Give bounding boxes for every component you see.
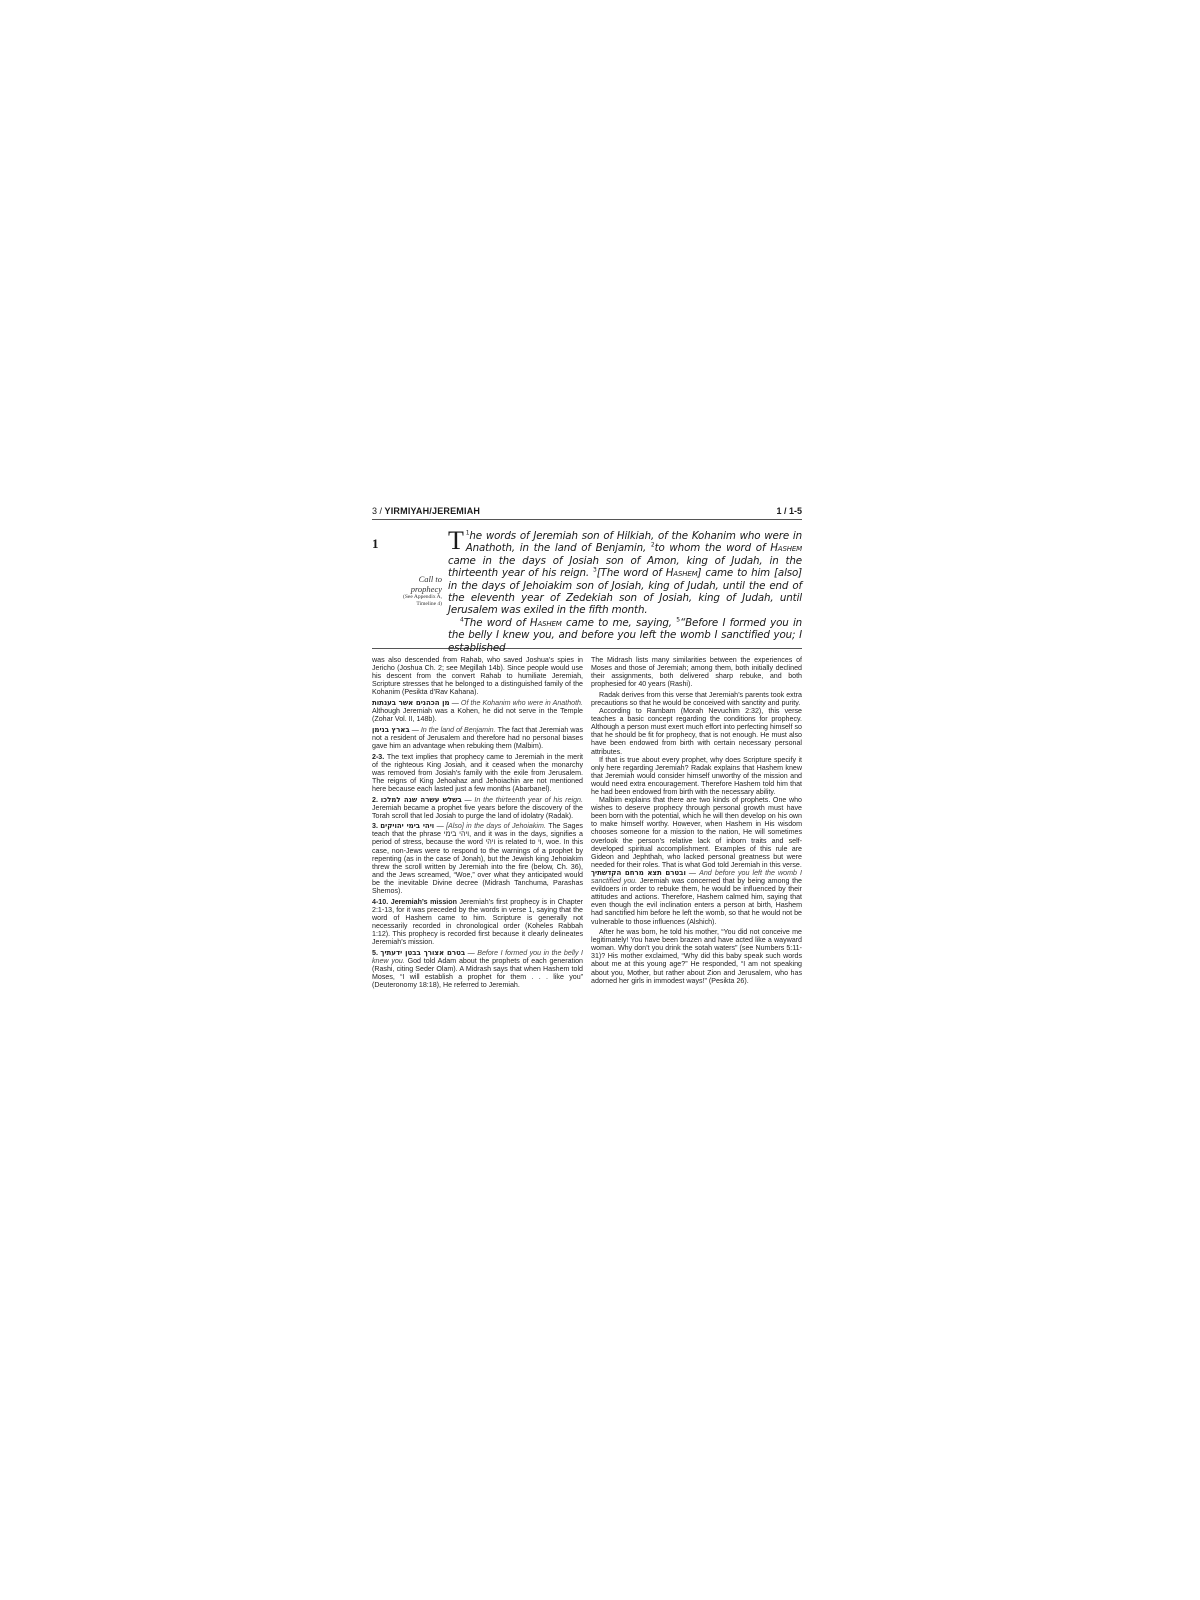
lemma-gloss: In the land of Benjamin. [421,726,498,734]
verse-3a: [The word of [597,567,662,579]
comment-number: 2. [372,796,381,804]
chapter-number: 1 [372,536,379,552]
divine-name: Hashem [770,542,802,554]
comment-text: Malbim explains that there are two kinds… [591,796,802,869]
lemma-gloss: In the thirteenth year of his reign. [474,796,583,804]
lemma-gloss: Of the Kohanim who were in Anathoth. [461,699,583,707]
commentary-paragraph: According to Rambam (Morah Nevuchim 2:32… [591,707,802,756]
comment-number: 2-3. [372,753,387,761]
side-note-title-2: prophecy [411,584,442,594]
verse-4b: came to me, saying, [566,617,672,629]
commentary-paragraph: Malbim explains that there are two kinds… [591,796,802,869]
divine-name: Hashem [666,567,698,579]
page-number: 3 / [372,506,385,516]
commentary-paragraph: 3. ויהי בימי יהויקים — [Also] in the day… [372,822,583,895]
verse-2a: to whom the word of [655,542,766,554]
commentary-paragraph: מן הכהנים אשר בענתות — Of the Kohanim wh… [372,699,583,723]
hebrew-lemma: בארץ בנימן [372,726,410,734]
commentary-paragraph: After he was born, he told his mother, “… [591,928,802,985]
comment-text: After he was born, he told his mother, “… [591,928,802,985]
side-note-title: Call to [419,574,442,584]
comment-text: If that is true about every prophet, why… [591,756,802,796]
commentary-paragraph: If that is true about every prophet, why… [591,756,802,796]
hebrew-lemma: מן הכהנים אשר בענתות [372,699,450,707]
comment-text: Jeremiah’s first prophecy is in Chapter … [372,898,583,946]
scripture-block: 1 Call to prophecy (See Appendix A,Timel… [372,530,802,642]
hebrew-lemma: בשלש עשרה שנה למלכו [381,796,462,804]
commentary-paragraph: was also descended from Rahab, who saved… [372,656,583,696]
comment-text: Radak derives from this verse that Jerem… [591,691,802,707]
commentary-column-left: was also descended from Rahab, who saved… [372,656,583,992]
divine-name: Hashem [530,617,562,629]
page-book-title: 3 / YIRMIYAH/JEREMIAH [372,506,480,516]
comment-text: The text implies that prophecy came to J… [372,753,583,793]
side-note-ref-2: Timeline 4) [416,601,442,607]
comment-title: Jeremiah’s mission [391,898,460,906]
comment-text: According to Rambam (Morah Nevuchim 2:32… [591,707,802,755]
commentary: was also descended from Rahab, who saved… [372,656,802,992]
verse-4a: The word of [464,617,526,629]
book-title: YIRMIYAH/JEREMIAH [385,506,481,516]
verse-4-5: 4The word of Hashem came to me, saying, … [448,617,802,654]
comment-text: Although Jeremiah was a Kohen, he did no… [372,707,583,723]
comment-text: was also descended from Rahab, who saved… [372,656,583,696]
verse-text: 1The words of Jeremiah son of Hilkiah, o… [448,530,802,654]
lemma-gloss: [Also] in the days of Jehoiakim. [446,822,548,830]
drop-cap: T [448,531,464,551]
comment-text: The Sages teach that the phrase ויהי בימ… [372,822,583,895]
comment-text: Jeremiah became a prophet five years bef… [372,804,583,820]
commentary-paragraph: 4-10. Jeremiah’s mission Jeremiah’s firs… [372,898,583,947]
hebrew-lemma: ויהי בימי יהויקים [380,822,434,830]
commentary-column-right: The Midrash lists many similarities betw… [591,656,802,992]
commentary-paragraph: 2. בשלש עשרה שנה למלכו — In the thirteen… [372,796,583,820]
commentary-paragraph: 2-3. The text implies that prophecy came… [372,753,583,793]
running-head: 3 / YIRMIYAH/JEREMIAH 1 / 1-5 [372,506,802,520]
verse-range: 1 / 1-5 [776,506,802,516]
hebrew-lemma: בטרם אצורך בבטן ידעתיך [380,949,465,957]
book-page: 3 / YIRMIYAH/JEREMIAH 1 / 1-5 1 Call to … [372,506,802,992]
side-note-ref-1: (See Appendix A, [403,594,442,600]
commentary-paragraph: בארץ בנימן — In the land of Benjamin. Th… [372,726,583,750]
comment-text: The Midrash lists many similarities betw… [591,656,802,688]
commentary-paragraph: The Midrash lists many similarities betw… [591,656,802,688]
comment-number: 4-10. [372,898,391,906]
commentary-paragraph: Radak derives from this verse that Jerem… [591,691,802,707]
side-note-ref: (See Appendix A,Timeline 4) [372,594,442,608]
hebrew-lemma: ובטרם תצא מרחם הקדשתיך [591,869,686,877]
commentary-paragraph: 5. בטרם אצורך בבטן ידעתיך — Before I for… [372,949,583,989]
commentary-paragraph: ובטרם תצא מרחם הקדשתיך — And before you … [591,869,802,926]
side-note: Call to prophecy (See Appendix A,Timelin… [372,574,442,608]
comment-text: Jeremiah was concerned that by being amo… [591,877,802,925]
